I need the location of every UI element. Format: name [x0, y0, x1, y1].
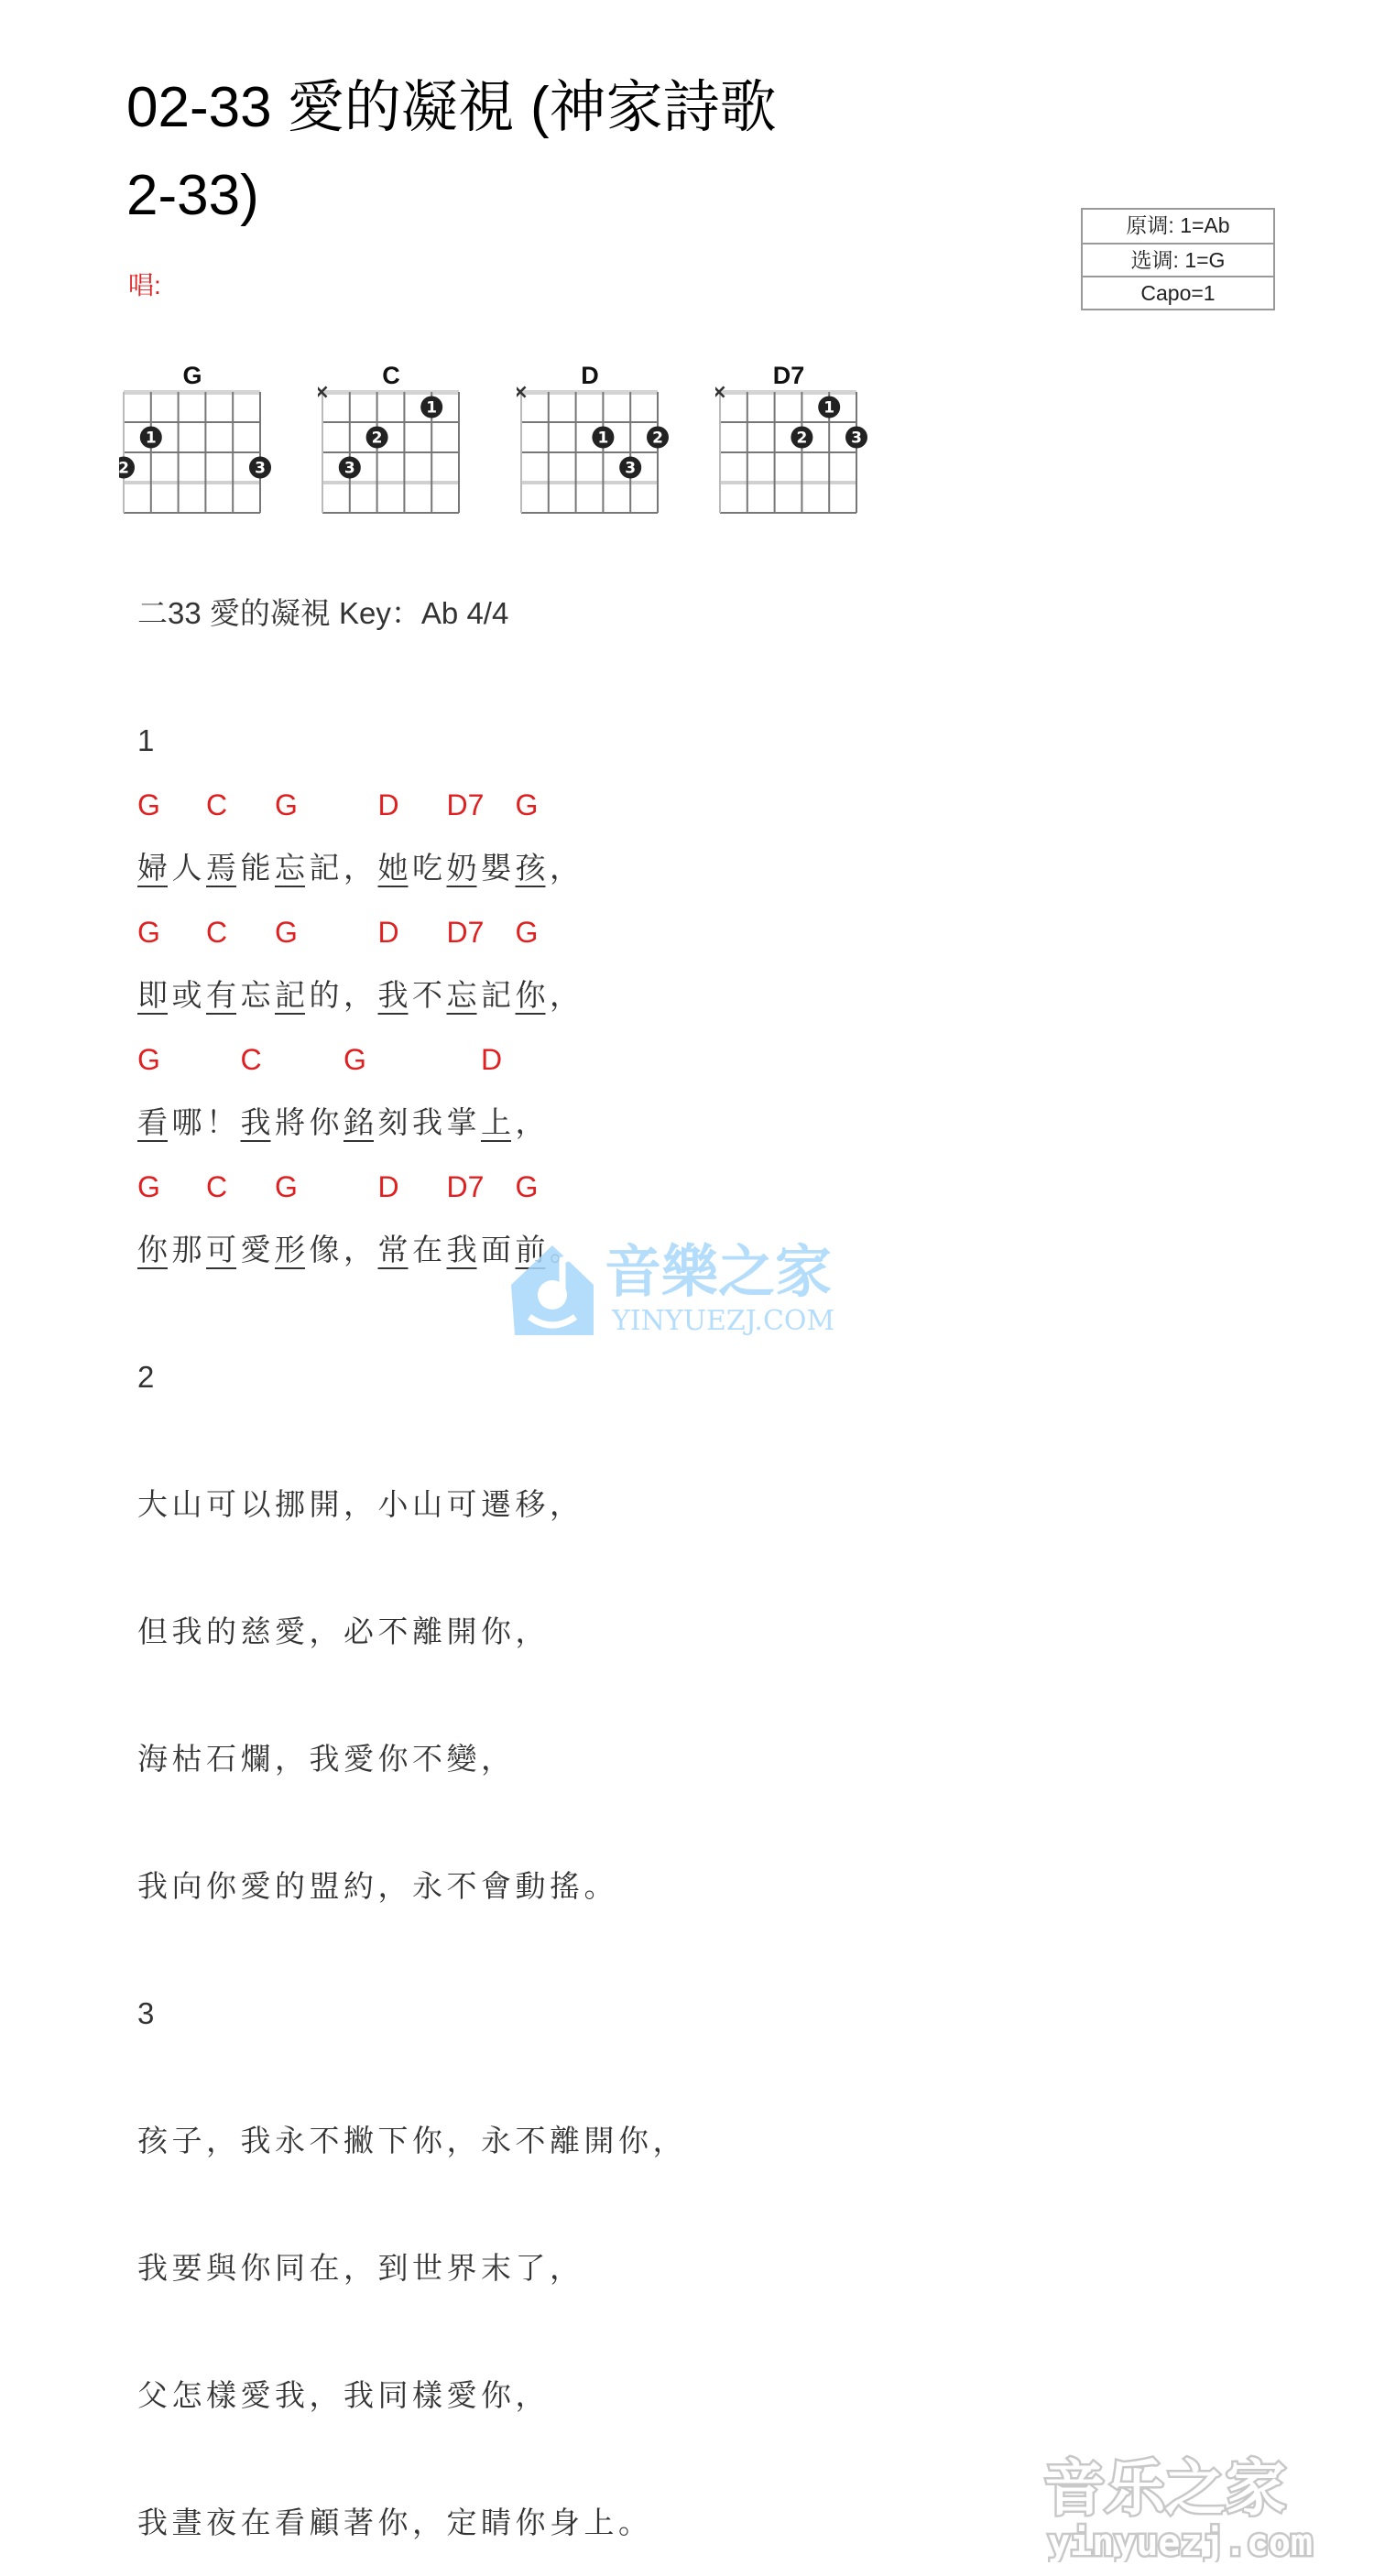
chord-symbol: C [206, 912, 227, 952]
svg-text:1: 1 [426, 399, 437, 418]
selected-key: 选调: 1=G [1083, 243, 1273, 276]
chord-symbol: G [516, 785, 539, 825]
chord-symbol: G [275, 785, 298, 825]
chord-symbol: G [343, 1039, 366, 1080]
svg-text:3: 3 [851, 429, 862, 448]
chord-row: GCGDD7G [137, 1167, 1053, 1231]
verse-number: 3 [137, 1994, 1053, 2058]
svg-text:yinyuezj.com: yinyuezj.com [1048, 2522, 1313, 2562]
chord-diagram-c: C×123 [318, 353, 492, 527]
chord-symbol: G [275, 912, 298, 952]
lyric-line: 看哪！我將你銘刻我掌上， [137, 1103, 1053, 1167]
lyric-line: 我要與你同在，到世界末了， [137, 2248, 1053, 2312]
fretboard-grid-icon: ×123 [715, 380, 880, 527]
key-info-box: 原调: 1=Ab 选调: 1=G Capo=1 [1081, 208, 1275, 310]
chord-diagram-g: G123 [119, 353, 293, 527]
lyric-line: 海枯石爛，我愛你不變， [137, 1739, 1053, 1803]
chord-symbol: C [241, 1039, 262, 1080]
lyric-line: 即或有忘記的，我不忘記你， [137, 975, 1053, 1039]
watermark-logo-center: 音樂之家 YINYUEZJ.COM [502, 1234, 887, 1344]
chord-symbol: D [378, 1167, 399, 1207]
lyric-line: 孩子，我永不撇下你，永不離開你， [137, 2121, 1053, 2185]
chord-symbol: D [378, 785, 399, 825]
verse-number: 2 [137, 1357, 1053, 1421]
chord-symbol: G [137, 1167, 160, 1207]
svg-text:1: 1 [597, 429, 608, 448]
verse-number: 1 [137, 721, 1053, 785]
chord-sheet: 二33 愛的凝視 Key：Ab 4/4 1 GCGDD7G婦人焉能忘記，她吃奶嬰… [137, 593, 1053, 2567]
fretboard-grid-icon: ×123 [318, 380, 483, 527]
svg-text:音樂之家: 音樂之家 [605, 1238, 832, 1305]
muted-string-icon: × [517, 381, 529, 404]
song-title: 02-33 愛的凝視 (神家詩歌 2-33) [126, 64, 823, 240]
song-key-line: 二33 愛的凝視 Key：Ab 4/4 [137, 593, 1053, 658]
chord-diagram-d7: D7×123 [715, 353, 889, 527]
chord-row: GCGDD7G [137, 785, 1053, 849]
svg-text:2: 2 [372, 429, 383, 448]
chord-row: GCGD [137, 1039, 1053, 1103]
lyric-line: 但我的慈愛，必不離開你， [137, 1612, 1053, 1676]
chord-symbol: D [481, 1039, 502, 1080]
svg-text:YINYUEZJ.COM: YINYUEZJ.COM [611, 1305, 834, 1337]
svg-text:音乐之家: 音乐之家 [1044, 2453, 1286, 2524]
chord-symbol: C [206, 1167, 227, 1207]
chord-symbol: G [516, 1167, 539, 1207]
svg-text:3: 3 [255, 460, 266, 478]
chord-symbol: C [206, 785, 227, 825]
lyric-line: 我向你愛的盟約，永不會動搖。 [137, 1866, 1053, 1930]
house-note-icon: 音樂之家 YINYUEZJ.COM [502, 1234, 887, 1344]
original-key: 原调: 1=Ab [1083, 210, 1273, 243]
lyric-line: 大山可以挪開，小山可遷移， [137, 1484, 1053, 1549]
capo: Capo=1 [1083, 276, 1273, 309]
watermark-logo-corner: 音乐之家 yinyuezj.com [1037, 2452, 1358, 2562]
chord-symbol: G [137, 1039, 160, 1080]
svg-text:3: 3 [344, 460, 355, 478]
chord-symbol: D [378, 912, 399, 952]
fretboard-grid-icon: 123 [119, 380, 284, 527]
svg-text:3: 3 [625, 460, 636, 478]
lyric-line: 父怎樣愛我，我同樣愛你， [137, 2375, 1053, 2440]
lyric-line: 婦人焉能忘記，她吃奶嬰孩， [137, 848, 1053, 912]
svg-text:2: 2 [652, 429, 663, 448]
singer-label: 唱: [128, 266, 161, 302]
muted-string-icon: × [715, 381, 727, 404]
svg-text:2: 2 [796, 429, 807, 448]
fretboard-grid-icon: ×123 [517, 380, 682, 527]
muted-string-icon: × [318, 381, 330, 404]
lyric-line: 我晝夜在看顧著你，定睛你身上。 [137, 2503, 1053, 2567]
svg-text:1: 1 [146, 429, 157, 448]
chord-symbol: G [516, 912, 539, 952]
svg-text:2: 2 [119, 460, 129, 478]
chord-symbol: D7 [447, 785, 485, 825]
chord-symbol: D7 [447, 912, 485, 952]
chord-symbol: G [137, 912, 160, 952]
chord-symbol: D7 [447, 1167, 485, 1207]
chord-diagram-d: D×123 [517, 353, 691, 527]
chord-row: GCGDD7G [137, 912, 1053, 976]
chord-symbol: G [275, 1167, 298, 1207]
chord-diagrams: G123C×123D×123D7×123 [119, 353, 907, 536]
chord-symbol: G [137, 785, 160, 825]
svg-text:1: 1 [823, 399, 834, 418]
